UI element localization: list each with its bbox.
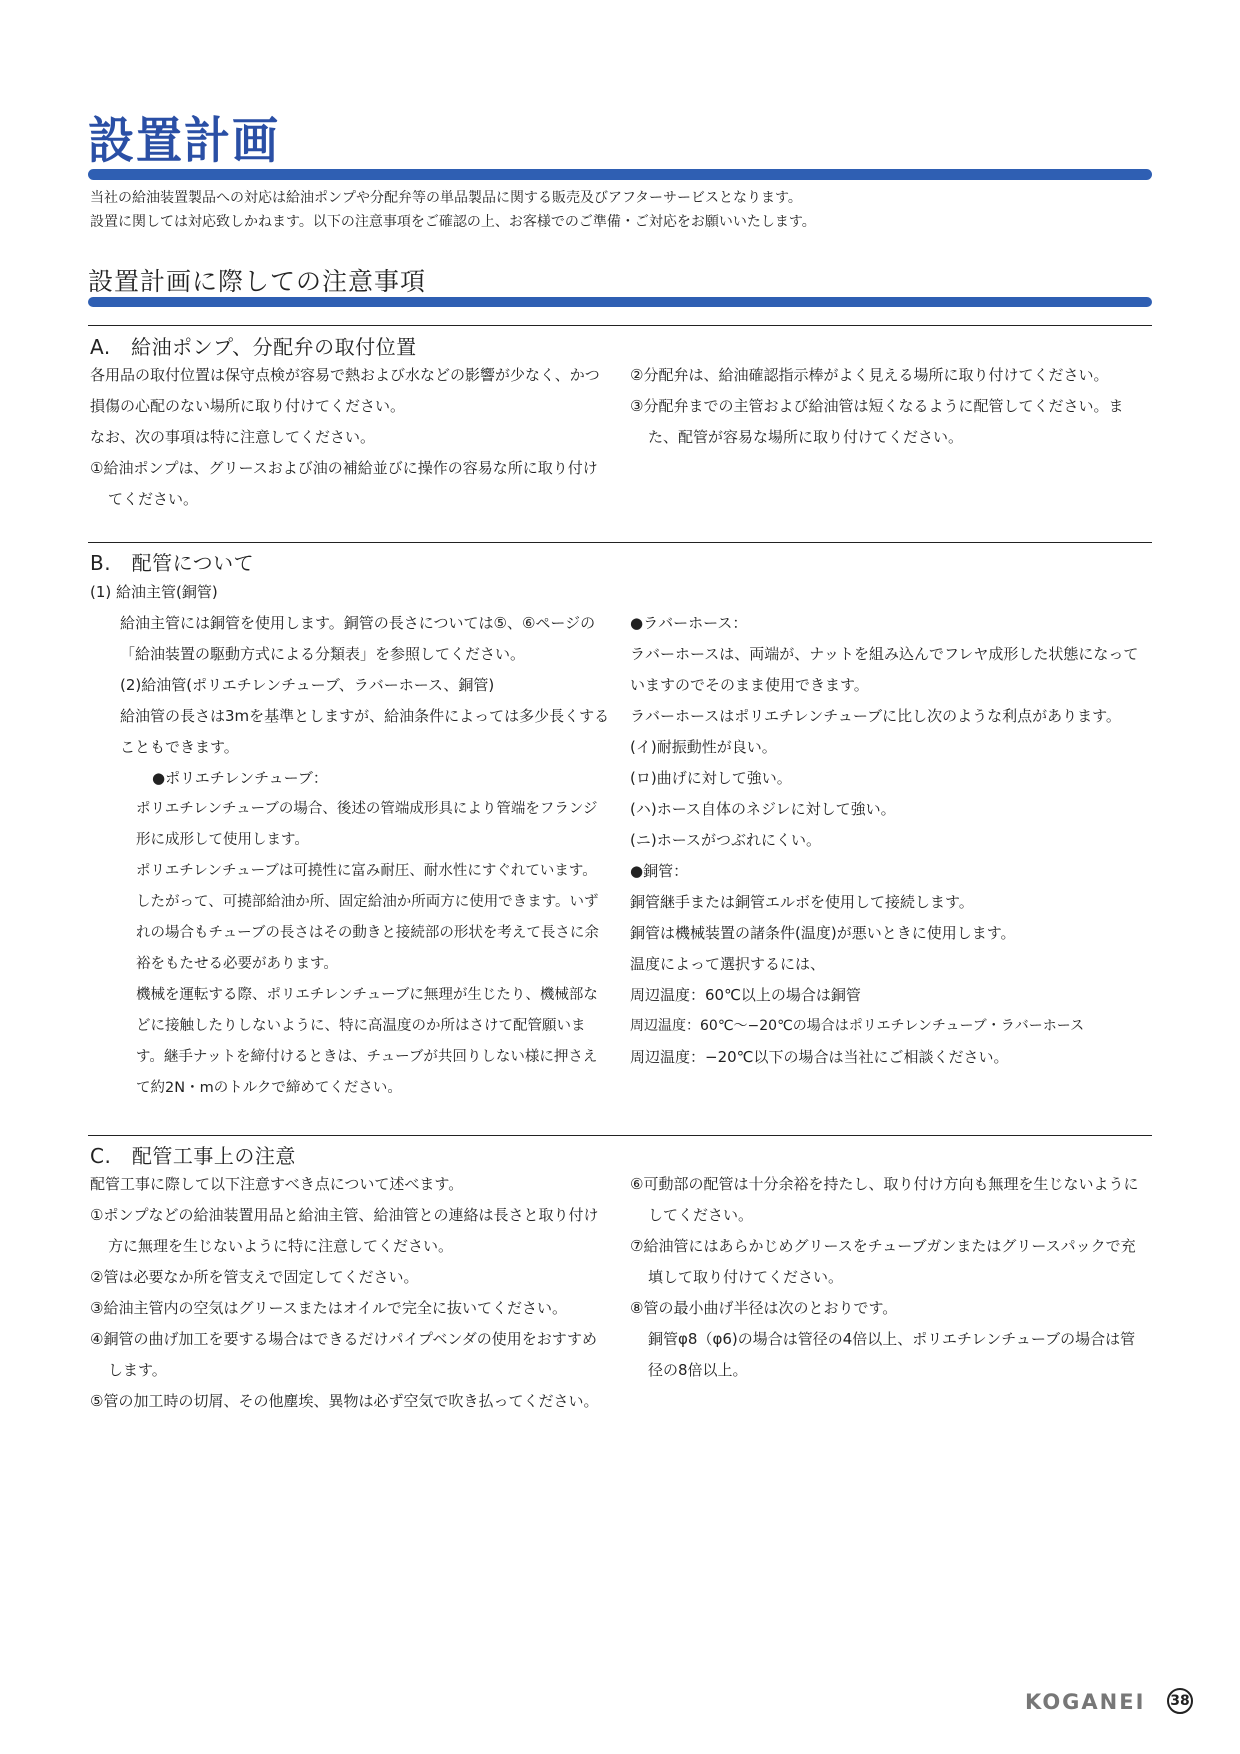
section-c-intro: 配管工事に際して以下注意すべき点について述べます。 xyxy=(90,1169,610,1200)
piping-item-2-title: (2)給油管(ポリエチレンチューブ、ラバーホース、銅管) xyxy=(90,670,610,701)
section-b-left-column: (1) 給油主管(銅管) 給油主管には銅管を使用します。銅管の長さについては⑤、… xyxy=(90,577,610,1104)
section-c-item-7: ⑦給油管にはあらかじめグリースをチューブガンまたはグリースパックで充填して取り付… xyxy=(630,1231,1150,1293)
temperature-rule-3: 周辺温度：−20℃以下の場合は当社にご相談ください。 xyxy=(630,1042,1150,1073)
section-c-item-5: ⑤管の加工時の切屑、その他塵埃、異物は必ず空気で吹き払ってください。 xyxy=(90,1386,610,1417)
temperature-rule-1: 周辺温度：60℃以上の場合は銅管 xyxy=(630,980,1150,1011)
intro-line-2: 設置に関しては対応致しかねます。以下の注意事項をご確認の上、お客様でのご準備・ご… xyxy=(90,210,816,234)
bend-radius-note: 銅管φ8（φ6)の場合は管径の4倍以上、ポリエチレンチューブの場合は管径の8倍以… xyxy=(630,1324,1150,1386)
piping-item-2-text: 給油管の長さは3mを基準としますが、給油条件によっては多少長くすることもできます… xyxy=(90,701,610,763)
copper-pipe-text-2: 銅管は機械装置の諸条件(温度)が悪いときに使用します。 xyxy=(630,918,1150,949)
polyethylene-text-2: ポリエチレンチューブは可撓性に富み耐圧、耐水性にすぐれています。したがって、可撓… xyxy=(90,856,610,980)
section-c-right-column: ⑥可動部の配管は十分余裕を持たし、取り付け方向も無理を生じないようにしてください… xyxy=(630,1169,1150,1386)
section-c-divider xyxy=(88,1135,1152,1136)
page-title: 設置計画 xyxy=(88,108,280,173)
section-a-heading: A. 給油ポンプ、分配弁の取付位置 xyxy=(90,333,417,361)
section-a-para-1: 各用品の取付位置は保守点検が容易で熱および水などの影響が少なく、かつ損傷の心配の… xyxy=(90,360,610,422)
rubber-hose-point-1: (イ)耐振動性が良い。 xyxy=(630,732,1150,763)
section-b-right-column: ●ラバーホース： ラバーホースは、両端が、ナットを組み込んでフレヤ成形した状態に… xyxy=(630,608,1150,1073)
koganei-logo: KOGANEI xyxy=(1025,1689,1145,1715)
rubber-hose-point-2: (ロ)曲げに対して強い。 xyxy=(630,763,1150,794)
copper-pipe-title: ●銅管： xyxy=(630,856,1150,887)
temperature-rule-2: 周辺温度：60℃～−20℃の場合はポリエチレンチューブ・ラバーホース xyxy=(630,1011,1150,1042)
rubber-hose-text-1: ラバーホースは、両端が、ナットを組み込んでフレヤ成形した状態になっていますのでそ… xyxy=(630,639,1150,701)
section-a-item-1: ①給油ポンプは、グリースおよび油の補給並びに操作の容易な所に取り付けてください。 xyxy=(90,453,610,515)
section-c-item-8: ⑧管の最小曲げ半径は次のとおりです。 xyxy=(630,1293,1150,1324)
section-b-divider xyxy=(88,542,1152,543)
rubber-hose-title: ●ラバーホース： xyxy=(630,608,1150,639)
title-underline-bar xyxy=(88,169,1152,180)
section-title: 設置計画に際しての注意事項 xyxy=(88,266,426,298)
section-a-item-2: ②分配弁は、給油確認指示棒がよく見える場所に取り付けてください。 xyxy=(630,360,1150,391)
rubber-hose-point-4: (ニ)ホースがつぶれにくい。 xyxy=(630,825,1150,856)
section-c-item-2: ②管は必要なか所を管支えで固定してください。 xyxy=(90,1262,610,1293)
polyethylene-text-3: 機械を運転する際、ポリエチレンチューブに無理が生じたり、機械部などに接触したりし… xyxy=(90,980,610,1104)
section-a-para-2: なお、次の事項は特に注意してください。 xyxy=(90,422,610,453)
rubber-hose-point-3: (ハ)ホース自体のネジレに対して強い。 xyxy=(630,794,1150,825)
piping-item-1-text: 給油主管には銅管を使用します。銅管の長さについては⑤、⑥ページの「給油装置の駆動… xyxy=(90,608,610,670)
page-number: 38 xyxy=(1167,1688,1193,1714)
section-c-left-column: 配管工事に際して以下注意すべき点について述べます。 ①ポンプなどの給油装置用品と… xyxy=(90,1169,610,1417)
copper-pipe-text-3: 温度によって選択するには、 xyxy=(630,949,1150,980)
section-underline-bar xyxy=(88,297,1152,307)
section-c-item-3: ③給油主管内の空気はグリースまたはオイルで完全に抜いてください。 xyxy=(90,1293,610,1324)
section-c-heading: C. 配管工事上の注意 xyxy=(90,1142,296,1170)
copper-pipe-text-1: 銅管継手または銅管エルボを使用して接続します。 xyxy=(630,887,1150,918)
polyethylene-title: ●ポリエチレンチューブ： xyxy=(90,763,610,794)
polyethylene-text-1: ポリエチレンチューブの場合、後述の管端成形具により管端をフランジ形に成形して使用… xyxy=(90,794,610,856)
section-a-left-column: 各用品の取付位置は保守点検が容易で熱および水などの影響が少なく、かつ損傷の心配の… xyxy=(90,360,610,515)
piping-item-1-title: (1) 給油主管(銅管) xyxy=(90,577,610,608)
section-a-right-column: ②分配弁は、給油確認指示棒がよく見える場所に取り付けてください。 ③分配弁までの… xyxy=(630,360,1150,453)
section-c-item-4: ④銅管の曲げ加工を要する場合はできるだけパイプベンダの使用をおすすめします。 xyxy=(90,1324,610,1386)
intro-line-1: 当社の給油装置製品への対応は給油ポンプや分配弁等の単品製品に関する販売及びアフタ… xyxy=(90,186,802,210)
section-a-item-3: ③分配弁までの主管および給油管は短くなるように配管してください。また、配管が容易… xyxy=(630,391,1150,453)
rubber-hose-text-2: ラバーホースはポリエチレンチューブに比し次のような利点があります。 xyxy=(630,701,1150,732)
section-a-divider xyxy=(88,325,1152,326)
section-c-item-6: ⑥可動部の配管は十分余裕を持たし、取り付け方向も無理を生じないようにしてください… xyxy=(630,1169,1150,1231)
section-b-heading: B. 配管について xyxy=(90,549,254,577)
section-c-item-1: ①ポンプなどの給油装置用品と給油主管、給油管との連絡は長さと取り付け方に無理を生… xyxy=(90,1200,610,1262)
